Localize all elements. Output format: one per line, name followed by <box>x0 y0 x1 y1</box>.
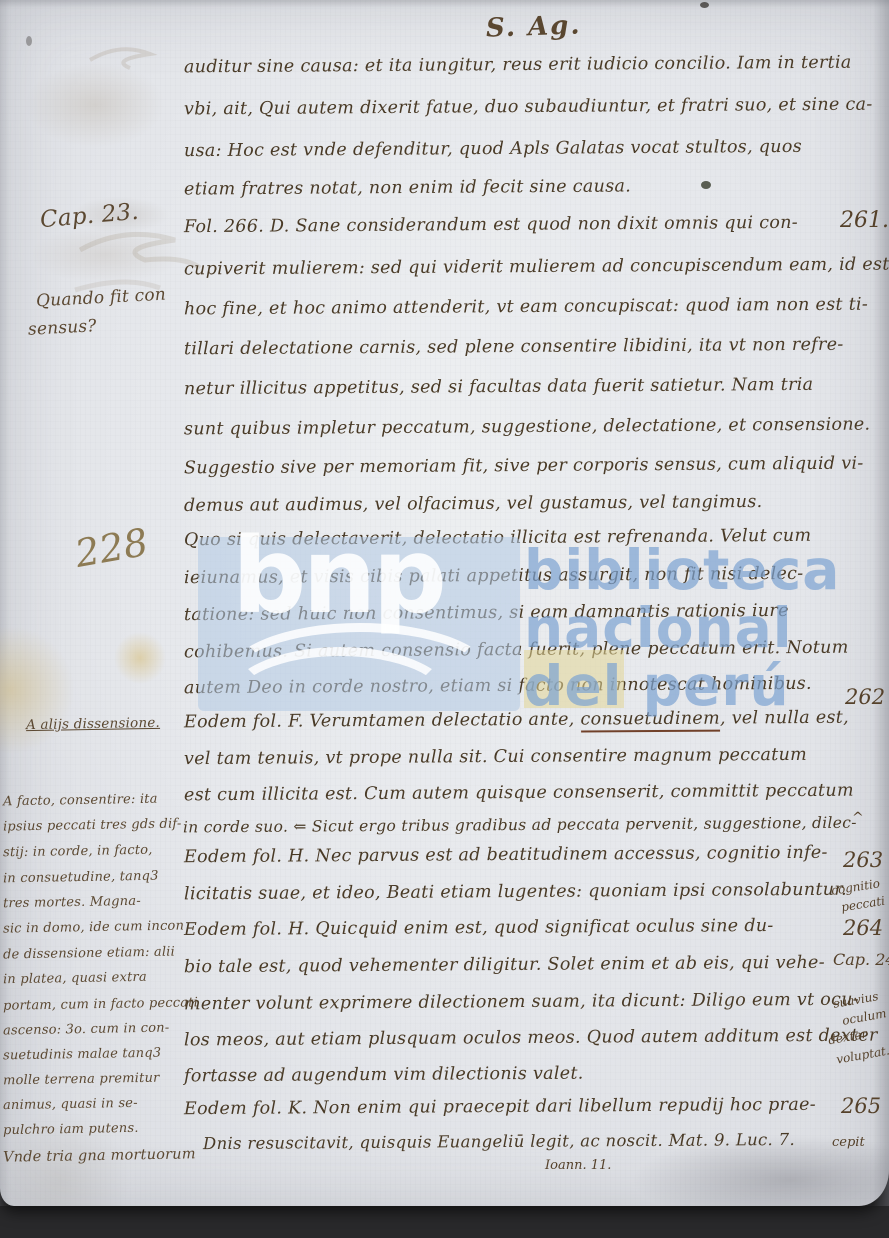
manuscript-line: autem Deo in corde nostro, etiam si fact… <box>184 674 812 698</box>
manuscript-line: Eodem fol. F. Verumtamen delectatio ante… <box>184 708 849 733</box>
manuscript-line: vbi, ait, Qui autem dixerit fatue, duo s… <box>184 95 873 120</box>
margin-number: 265 <box>841 1094 881 1118</box>
manuscript-line: in corde suo. ⇐ Sicut ergo tribus gradib… <box>183 814 857 837</box>
margin-note: Vnde tria gna mortuorum <box>3 1146 196 1165</box>
margin-note: ascenso: 3o. cum in con- <box>3 1021 170 1039</box>
manuscript-line: fortasse ad augendum vim dilectionis val… <box>184 1064 584 1087</box>
manuscript-line: Quo si quis delectaverit, delectatio ill… <box>184 526 811 550</box>
margin-note: Quando fit con <box>36 285 167 312</box>
margin-note: portam, cum in facto peccati <box>3 995 198 1013</box>
margin-number: ^ <box>852 810 864 826</box>
manuscript-line: tatione: sed huic non consentimus, si ea… <box>184 601 789 625</box>
margin-number: voluptat. <box>835 1043 889 1066</box>
manuscript-line: Suggestio sive per memoriam fit, sive pe… <box>184 454 864 479</box>
margin-number: 263 <box>843 848 883 872</box>
manuscript-line: Fol. 266. D. Sane considerandum est quod… <box>184 213 798 237</box>
margin-number: peccati <box>840 894 886 915</box>
manuscript-line: cupiverit mulierem: sed qui viderit muli… <box>184 255 889 280</box>
margin-note: de dissensione etiam: alii <box>3 945 175 963</box>
manuscript-line: est cum illicita est. Cum autem quisque … <box>184 781 854 806</box>
margin-number: 262 <box>845 685 885 709</box>
manuscript-line: vel tam tenuis, vt prope nulla sit. Cui … <box>184 745 807 769</box>
manuscript-line: demus aut audimus, vel olfacimus, vel gu… <box>184 492 763 516</box>
margin-number: 261. <box>840 208 889 233</box>
manuscript-line: licitatis suae, et ideo, Beati etiam lug… <box>184 880 847 905</box>
margin-note: A alijs dissensione. <box>26 715 160 733</box>
margin-note: tres mortes. Magna- <box>3 894 141 911</box>
margin-note: sensus? <box>28 316 98 340</box>
manuscript-scan: { "document": { "kind": "handwritten man… <box>0 0 889 1238</box>
manuscript-line: menter volunt exprimere dilectionem suam… <box>184 990 859 1015</box>
margin-number: cepit <box>832 1135 865 1150</box>
margin-note: pulchro iam putens. <box>3 1121 139 1138</box>
manuscript-line: ieiunamus, et visis cibis palati appetit… <box>184 564 804 588</box>
margin-number: Cap. 24 <box>833 950 889 969</box>
manuscript-line: Dnis resuscitavit, quisquis Euangeliū le… <box>203 1130 795 1153</box>
margin-note: suetudinis malae tanq3 <box>3 1046 162 1064</box>
manuscript-line: los meos, aut etiam plusquam oculos meos… <box>184 1026 878 1051</box>
ink-speck <box>26 36 32 46</box>
margin-number: Ioann. 11. <box>545 1158 611 1173</box>
ink-speck <box>701 181 711 189</box>
margin-note: A facto, consentire: ita <box>3 792 158 810</box>
margin-note: animus, quasi in se- <box>3 1096 138 1113</box>
manuscript-line: sunt quibus impletur peccatum, suggestio… <box>184 415 871 440</box>
margin-note: stij: in corde, in facto, <box>3 843 153 861</box>
manuscript-line: tillari delectatione carnis, sed plene c… <box>184 335 844 360</box>
margin-note: 228 <box>72 520 152 576</box>
margin-note: in consuetudine, tanq3 <box>3 869 159 887</box>
manuscript-line: Eodem fol. H. Quicquid enim est, quod si… <box>184 916 774 940</box>
manuscript-page: S. Ag. auditur sine causa: et ita iungit… <box>0 0 889 1206</box>
manuscript-line: etiam fratres notat, non enim id fecit s… <box>184 176 631 199</box>
manuscript-line: bio tale est, quod vehementer diligitur.… <box>184 953 825 977</box>
manuscript-line: netur illicitus appetitus, sed si facult… <box>184 375 814 399</box>
margin-note: ipsius peccati tres gds dif- <box>3 816 182 834</box>
margin-note: Cap. 23. <box>39 199 140 234</box>
manuscript-line: Eodem fol. K. Non enim qui praecepit dar… <box>184 1095 816 1119</box>
manuscript-line: hoc fine, et hoc animo attenderit, vt ea… <box>184 295 868 320</box>
margin-note: sic in domo, ide cum incon <box>3 918 184 936</box>
ink-speck <box>700 2 709 8</box>
page-header-title: S. Ag. <box>486 10 582 43</box>
margin-note: molle terrena premitur <box>3 1071 160 1089</box>
margin-number: 264 <box>843 916 883 940</box>
manuscript-line: auditur sine causa: et ita iungitur, reu… <box>184 53 852 78</box>
manuscript-line: cohibemus. Si autem consensio facta fuer… <box>184 638 849 663</box>
manuscript-line: Eodem fol. H. Nec parvus est ad beatitud… <box>184 843 828 867</box>
margin-note: in platea, quasi extra <box>3 970 147 988</box>
bnp-logo-wave-icon <box>226 647 454 755</box>
manuscript-line: usa: Hoc est vnde defenditur, quod Apls … <box>184 137 802 161</box>
